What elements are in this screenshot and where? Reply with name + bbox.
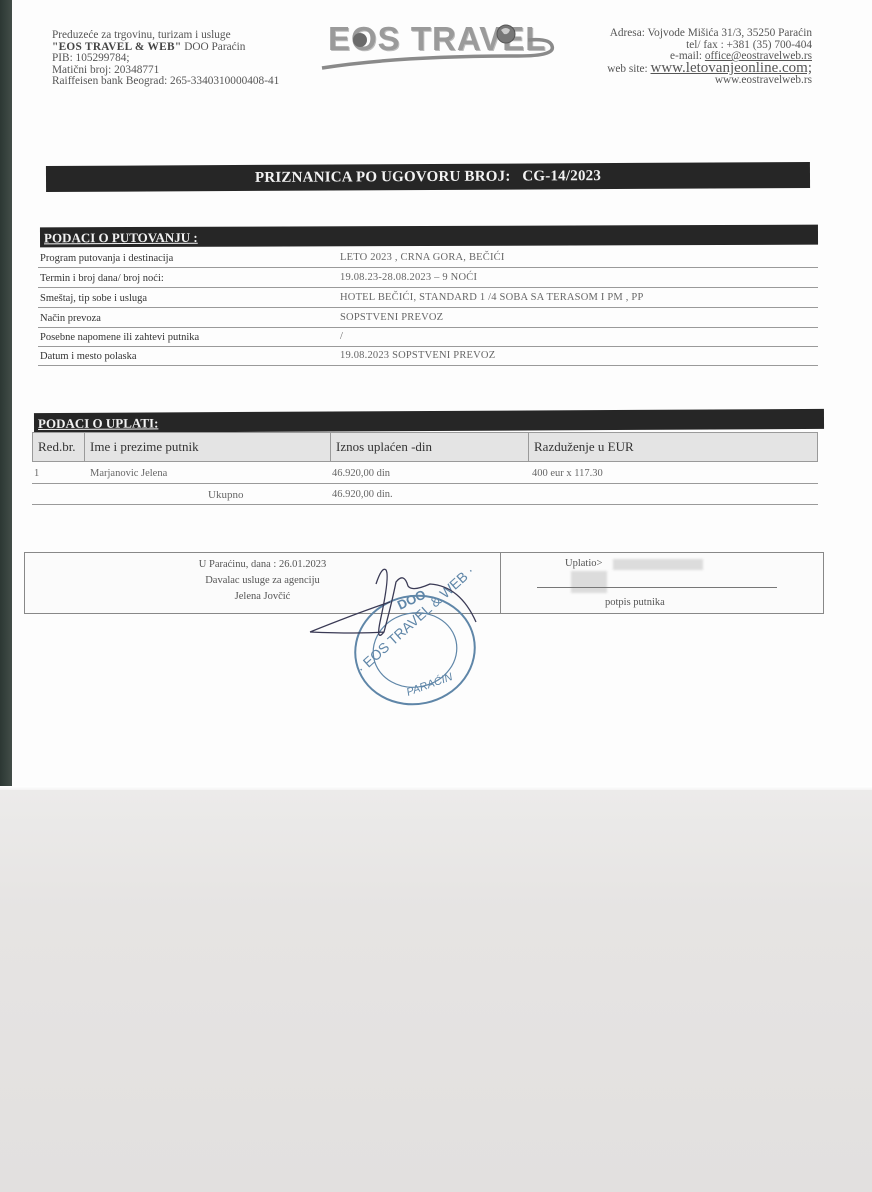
col-amount: Iznos uplaćen -din xyxy=(331,433,529,461)
col-number: Red.br. xyxy=(33,433,85,461)
trip-row: Datum i mesto polaska19.08.2023 SOPSTVEN… xyxy=(38,346,818,366)
trip-row-label: Način prevoza xyxy=(40,313,101,324)
trip-row-value: SOPSTVENI PREVOZ xyxy=(340,312,443,323)
trip-row: Smeštaj, tip sobe i uslugaHOTEL BEČIĆI, … xyxy=(38,288,818,308)
signature-line xyxy=(537,587,777,588)
contract-number: CG-14/2023 xyxy=(522,168,601,184)
total-label: Ukupno xyxy=(208,489,243,501)
row-passenger-name: Marjanovic Jelena xyxy=(90,468,167,479)
payment-table-header: Red.br. Ime i prezime putnik Iznos uplać… xyxy=(32,432,818,462)
company-info: Preduzeće za trgovinu, turizam i usluge … xyxy=(52,30,279,88)
website-link-1[interactable]: www.letovanjeonline.com; xyxy=(651,60,812,76)
total-row: Ukupno 46.920,00 din. xyxy=(32,484,818,505)
trip-row: Termin i broj dana/ broj noći:19.08.23-2… xyxy=(38,268,818,288)
website-link-2[interactable]: www.eostravelweb.rs xyxy=(607,75,812,87)
payer-sign-label: potpis putnika xyxy=(605,597,665,608)
trip-row: Način prevozaSOPSTVENI PREVOZ xyxy=(38,308,818,328)
trip-row-label: Termin i broj dana/ broj noći: xyxy=(40,273,164,284)
row-eur: 400 eur x 117.30 xyxy=(532,468,603,479)
redacted-block xyxy=(571,571,607,593)
trip-section-heading: PODACI O PUTOVANJU : xyxy=(40,225,818,248)
col-eur: Razduženje u EUR xyxy=(529,433,817,461)
globe-swoosh-icon xyxy=(318,16,558,74)
redacted-name xyxy=(613,559,703,570)
web-label: web site: xyxy=(607,63,650,75)
title-text: PRIZNANICA PO UGOVORU BROJ: xyxy=(255,169,511,186)
trip-heading-text: PODACI O PUTOVANJU : xyxy=(44,230,198,246)
trip-row: Posebne napomene ili zahtevi putnika/ xyxy=(38,327,818,347)
table-row: 1 Marjanovic Jelena 46.920,00 din 400 eu… xyxy=(32,463,818,484)
trip-row-value: / xyxy=(340,331,343,342)
trip-row-value: LETO 2023 , CRNA GORA, BEČIĆI xyxy=(340,252,505,263)
trip-row-label: Datum i mesto polaska xyxy=(40,351,137,362)
trip-row-label: Posebne napomene ili zahtevi putnika xyxy=(40,332,199,343)
contact-info: Adresa: Vojvode Mišića 31/3, 35250 Parać… xyxy=(607,28,812,87)
bank-account: Raiffeisen bank Beograd: 265-33403100004… xyxy=(52,76,279,88)
company-stamp-icon: DOO · EOS TRAVEL & WEB · PARAĆIN xyxy=(300,562,490,712)
trip-row: Program putovanja i destinacijaLETO 2023… xyxy=(38,248,818,268)
payment-section-heading: PODACI O UPLATI: xyxy=(34,409,824,433)
trip-row-value: HOTEL BEČIĆI, STANDARD 1 /4 SOBA SA TERA… xyxy=(340,292,644,303)
total-amount: 46.920,00 din. xyxy=(332,489,393,500)
row-number: 1 xyxy=(34,468,39,479)
trip-row-label: Program putovanja i destinacija xyxy=(40,253,173,264)
company-form: DOO Paraćin xyxy=(184,41,245,53)
company-name: "EOS TRAVEL & WEB" xyxy=(52,41,181,53)
trip-row-value: 19.08.23-28.08.2023 – 9 NOĆI xyxy=(340,272,477,283)
lower-page-area xyxy=(0,790,872,1192)
payer-signature: Uplatio> potpis putnika xyxy=(501,553,823,613)
trip-row-value: 19.08.2023 SOPSTVENI PREVOZ xyxy=(340,350,495,361)
address: Adresa: Vojvode Mišića 31/3, 35250 Parać… xyxy=(607,28,812,40)
company-logo: EOS TRAVEL xyxy=(318,16,558,74)
receipt-title: PRIZNANICA PO UGOVORU BROJ: CG-14/2023 xyxy=(46,162,810,192)
trip-row-label: Smeštaj, tip sobe i usluga xyxy=(40,293,147,304)
payer-label: Uplatio> xyxy=(565,558,602,569)
row-amount: 46.920,00 din xyxy=(332,468,390,479)
payment-heading-text: PODACI O UPLATI: xyxy=(38,415,158,431)
col-name: Ime i prezime putnik xyxy=(85,433,331,461)
svg-text:· EOS TRAVEL & WEB ·: · EOS TRAVEL & WEB · xyxy=(353,562,477,676)
